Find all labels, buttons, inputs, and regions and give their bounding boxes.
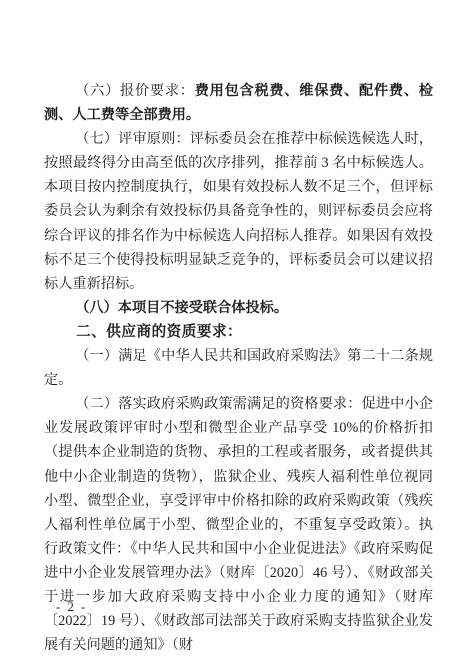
paragraph-review-principle: （七）评审原则：评标委员会在推荐中标候选候选人时，按照最终得分由高至低的次序排列… [44,127,433,296]
page-number: - 2 - [56,600,87,615]
pricing-requirement-label: （六）报价要求： [75,83,195,99]
paragraph-pricing-requirement: （六）报价要求：费用包含税费、维保费、配件费、检测、人工费等全部费用。 [44,79,433,127]
document-page: （六）报价要求：费用包含税费、维保费、配件费、检测、人工费等全部费用。 （七）评… [0,0,469,666]
paragraph-qualification-item-1: （一）满足《中华人民共和国政府采购法》第二十二条规定。 [44,344,433,392]
paragraph-no-consortium-bids: （八）本项目不接受联合体投标。 [44,296,433,320]
section-heading-supplier-qualifications: 二、供应商的资质要求： [44,320,433,344]
document-body: （六）报价要求：费用包含税费、维保费、配件费、检测、人工费等全部费用。 （七）评… [44,79,433,657]
paragraph-qualification-item-2: （二）落实政府采购政策需满足的资格要求：促进中小企业发展政策评审时小型和微型企业… [44,392,433,657]
